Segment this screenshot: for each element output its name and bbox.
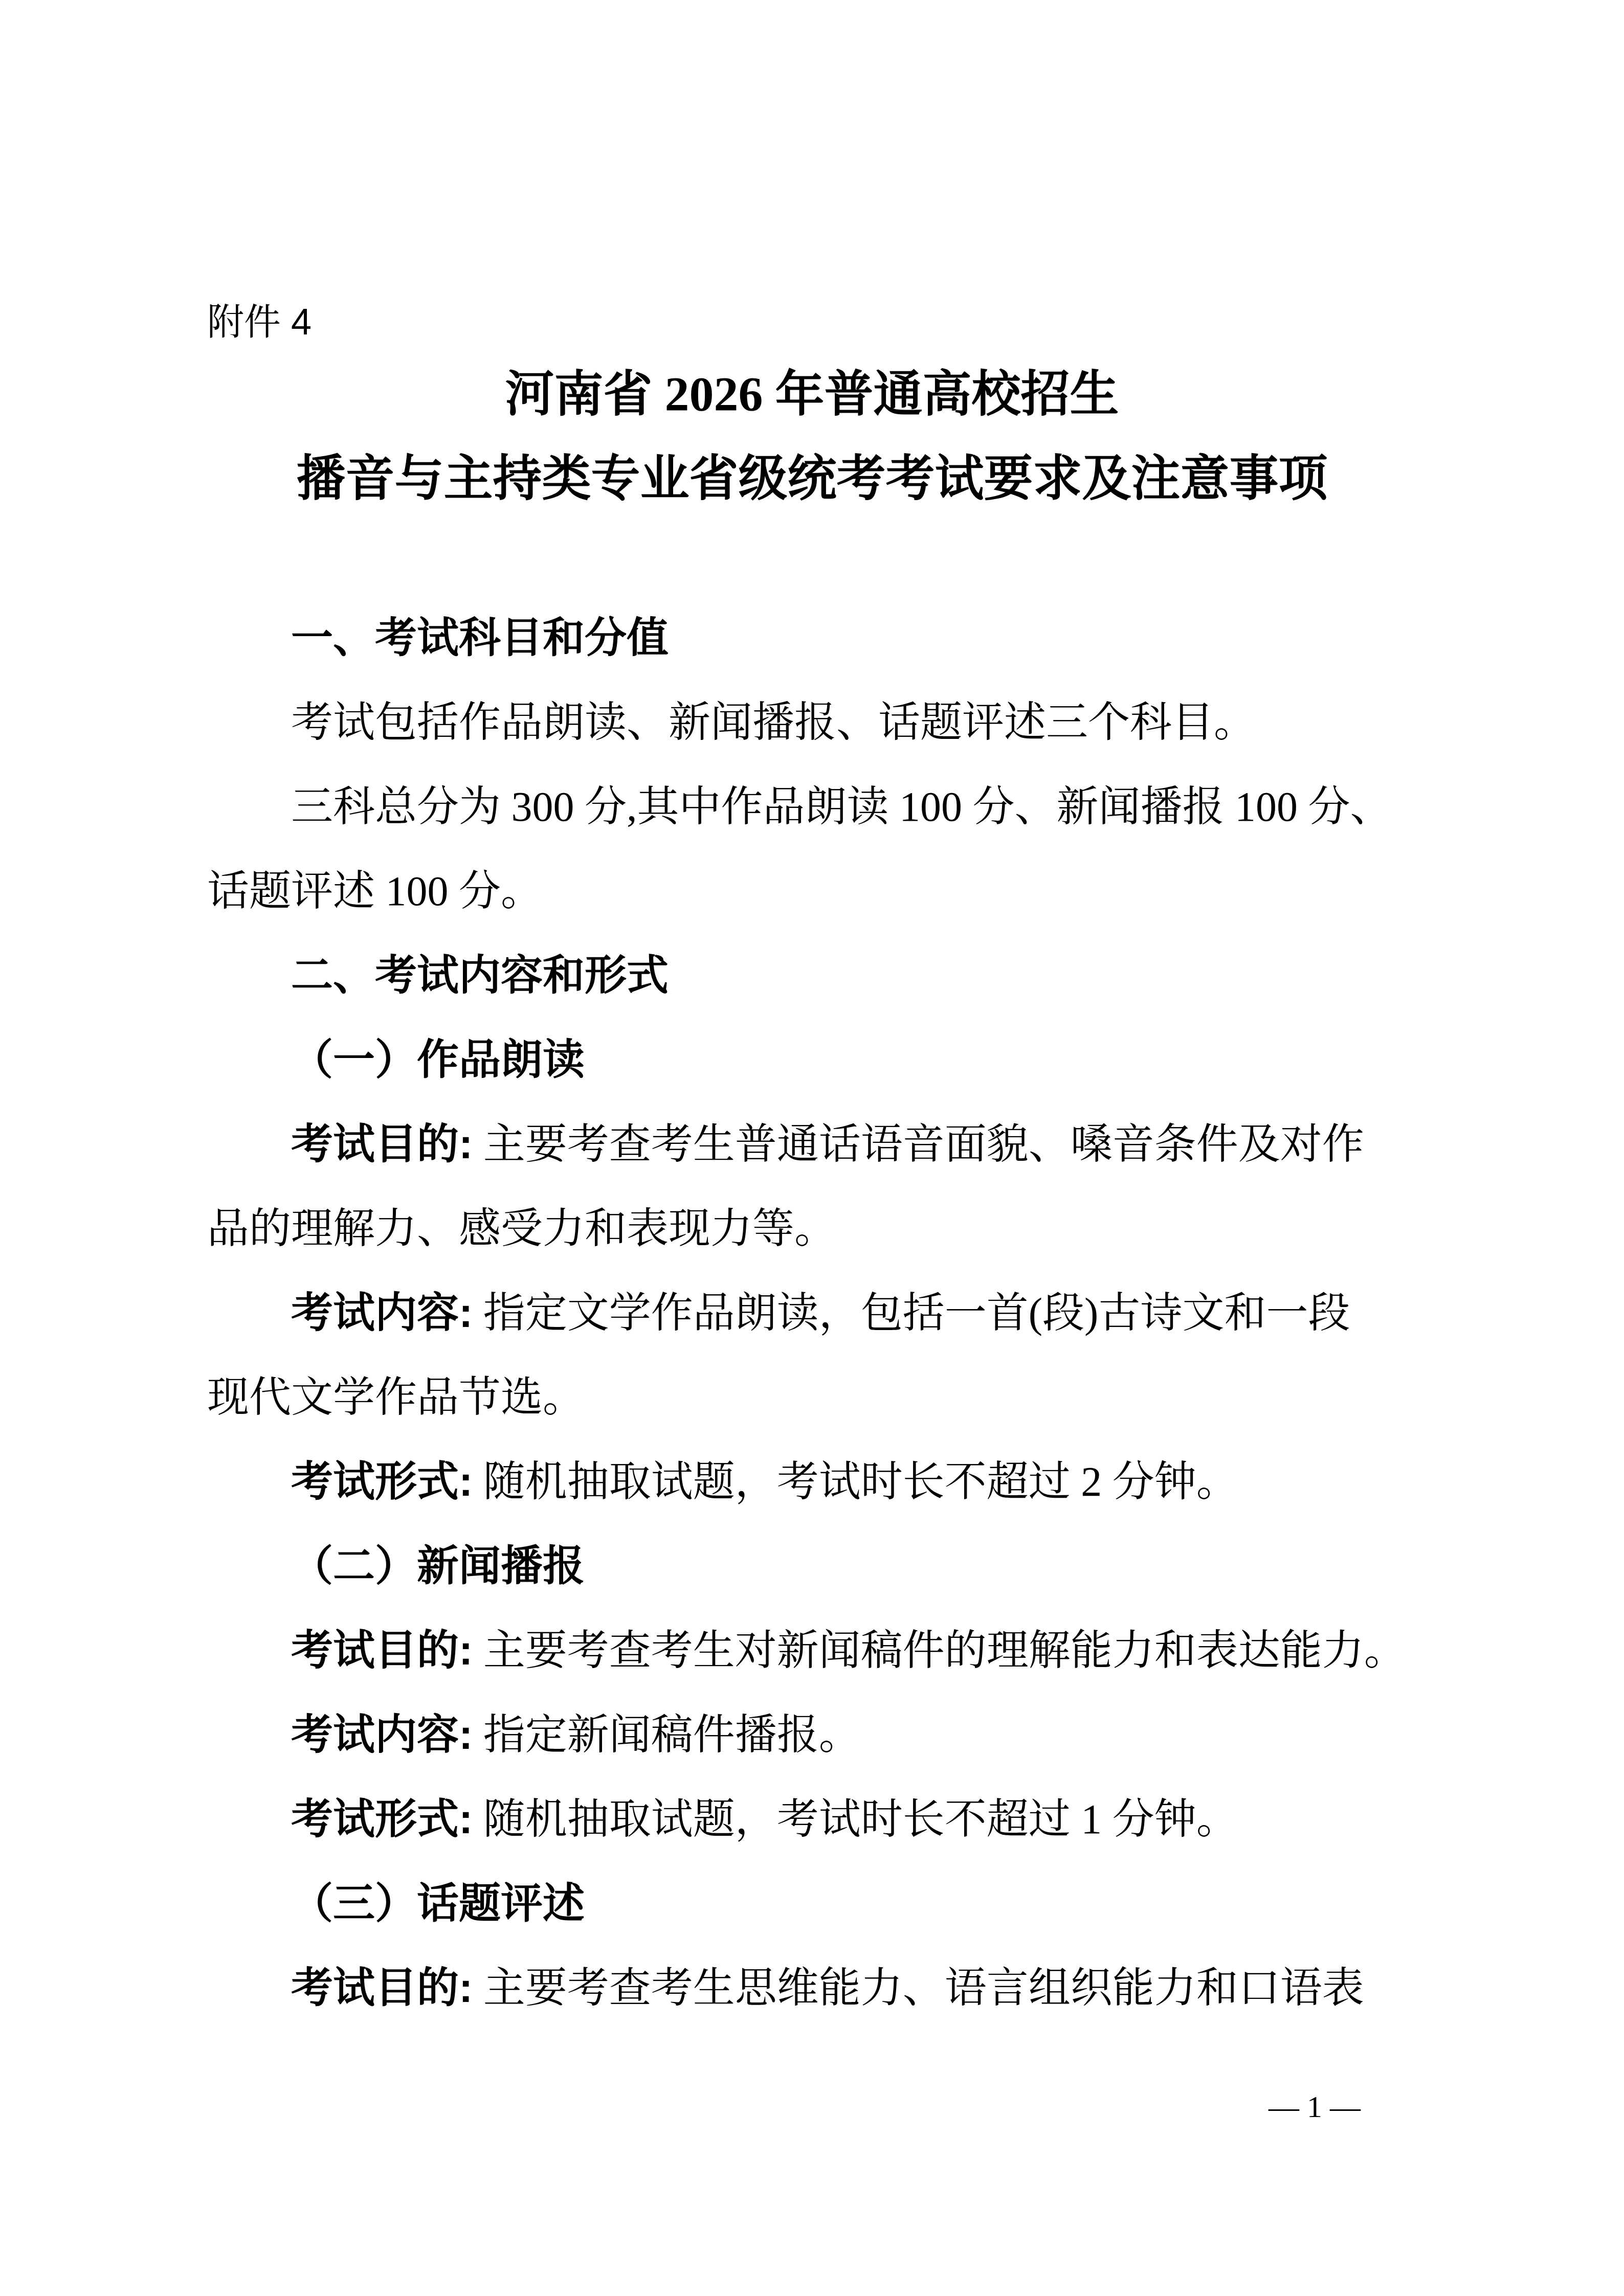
field-label: 考试形式: [291,1796,473,1842]
field-text: 随机抽取试题，考试时长不超过 2 分钟。 [473,1458,1238,1505]
body-text-line: 考试内容: 指定新闻稿件播报。 [207,1693,1417,1777]
subsection-heading: （三）话题评述 [207,1861,1417,1946]
field-text: 主要考查考生普通话语音面貌、嗓音条件及对作 [473,1121,1364,1167]
body-text-line: 话题评述 100 分。 [207,849,1417,933]
body-text-line: 考试目的: 主要考查考生对新闻稿件的理解能力和表达能力。 [207,1608,1417,1693]
document-title-line1: 河南省 2026 年普通高校招生 [207,352,1417,436]
section-heading: 一、考试科目和分值 [207,596,1417,680]
field-label: 考试内容: [291,1290,473,1336]
body-text-line: 考试形式: 随机抽取试题，考试时长不超过 1 分钟。 [207,1777,1417,1861]
subsection-heading: （二）新闻播报 [207,1524,1417,1608]
body-text-line: 考试目的: 主要考查考生普通话语音面貌、嗓音条件及对作 [207,1102,1417,1186]
document-page: 附件 4 河南省 2026 年普通高校招生 播音与主持类专业省级统考考试要求及注… [0,0,1624,2296]
field-label: 考试目的: [291,1965,473,2011]
body-text-line: 三科总分为 300 分,其中作品朗读 100 分、新闻播报 100 分、 [207,764,1417,849]
field-text: 指定新闻稿件播报。 [473,1712,861,1758]
field-text: 指定文学作品朗读，包括一首(段)古诗文和一段 [473,1290,1350,1336]
body-text-line: 考试包括作品朗读、新闻播报、话题评述三个科目。 [207,680,1417,764]
field-label: 考试内容: [291,1712,473,1758]
body-text-line: 品的理解力、感受力和表现力等。 [207,1186,1417,1271]
field-label: 考试目的: [291,1121,473,1167]
body-text-line: 考试形式: 随机抽取试题，考试时长不超过 2 分钟。 [207,1439,1417,1524]
section-heading: 二、考试内容和形式 [207,933,1417,1018]
document-content-column: 附件 4 河南省 2026 年普通高校招生 播音与主持类专业省级统考考试要求及注… [0,0,1624,2030]
page-number: — 1 — [1269,2089,1361,2125]
field-text: 主要考查考生对新闻稿件的理解能力和表达能力。 [473,1627,1406,1674]
body-text-line: 现代文学作品节选。 [207,1355,1417,1439]
body-text-line: 考试目的: 主要考查考生思维能力、语言组织能力和口语表 [207,1946,1417,2030]
subsection-heading: （一）作品朗读 [207,1018,1417,1102]
title-body-spacer [207,521,1417,605]
document-title-line2: 播音与主持类专业省级统考考试要求及注意事项 [207,436,1417,521]
field-label: 考试目的: [291,1627,473,1674]
body-text-line: 考试内容: 指定文学作品朗读，包括一首(段)古诗文和一段 [207,1271,1417,1355]
field-text: 随机抽取试题，考试时长不超过 1 分钟。 [473,1796,1238,1842]
field-text: 主要考查考生思维能力、语言组织能力和口语表 [473,1965,1364,2011]
document-body: 一、考试科目和分值考试包括作品朗读、新闻播报、话题评述三个科目。三科总分为 30… [207,596,1417,2030]
field-label: 考试形式: [291,1458,473,1505]
